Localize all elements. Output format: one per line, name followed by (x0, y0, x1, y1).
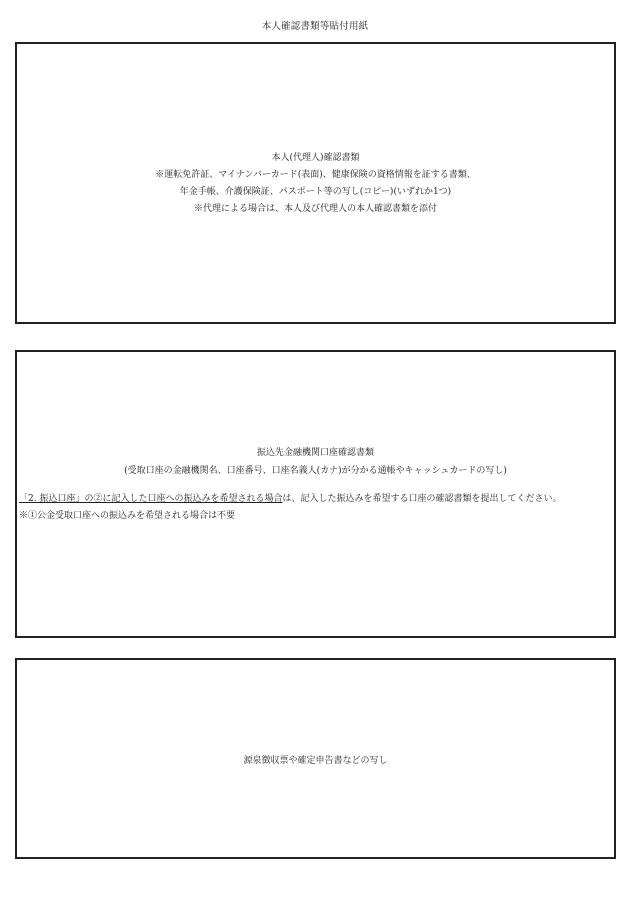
bank-account-document-heading: 振込先金融機関口座確認書類 (17, 444, 614, 462)
identity-document-examples-2: 年金手帳、介護保険証、パスポート等の写し(コピー)(いずれか1つ) (17, 184, 614, 201)
bank-account-document-attachment-area: 振込先金融機関口座確認書類 (受取口座の金融機関名、口座番号、口座名義人(カナ)… (15, 350, 616, 638)
identity-document-instructions: 本人(代理人)確認書類 ※運転免許証、マイナンバーカード(表面)、健康保険の資格… (17, 150, 614, 218)
identity-document-examples-1: ※運転免許証、マイナンバーカード(表面)、健康保険の資格情報を証する書類、 (17, 167, 614, 184)
identity-document-heading: 本人(代理人)確認書類 (17, 150, 614, 167)
bank-account-document-description: (受取口座の金融機関名、口座番号、口座名義人(カナ)が分かる通帳やキャッシュカー… (17, 462, 614, 480)
income-document-instructions: 源泉徴収票や確定申告書などの写し (17, 753, 614, 770)
public-account-exemption-note: ※①公金受取口座への振込みを希望される場合は不要 (19, 508, 610, 525)
page-title: 本人確認書類等貼付用紙 (0, 18, 630, 32)
bank-account-document-instructions: 振込先金融機関口座確認書類 (受取口座の金融機関名、口座番号、口座名義人(カナ)… (17, 444, 614, 480)
bank-account-note-underlined: 「2. 振込口座」の②に記入した口座への振込みを希望される場合 (19, 494, 282, 504)
bank-account-note-rest: は、記入した振込みを希望する口座の確認書類を提出してください。 (282, 494, 561, 504)
income-document-heading: 源泉徴収票や確定申告書などの写し (17, 753, 614, 770)
identity-document-attachment-area: 本人(代理人)確認書類 ※運転免許証、マイナンバーカード(表面)、健康保険の資格… (15, 42, 616, 324)
identity-document-proxy-note: ※代理による場合は、本人及び代理人の本人確認書類を添付 (17, 201, 614, 218)
income-document-attachment-area: 源泉徴収票や確定申告書などの写し (15, 658, 616, 859)
bank-account-note: 「2. 振込口座」の②に記入した口座への振込みを希望される場合は、記入した振込み… (19, 491, 610, 524)
